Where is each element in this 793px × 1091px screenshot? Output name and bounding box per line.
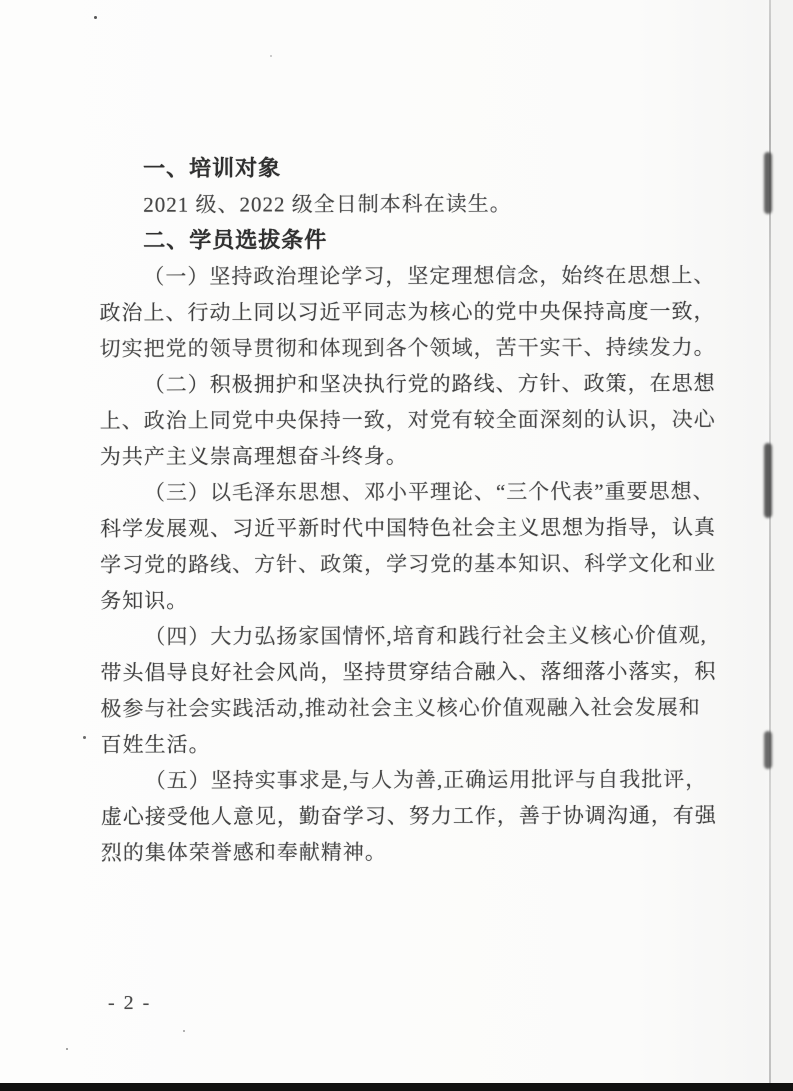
document-line: 极参与社会实践活动,推动社会主义核心价值观融入社会发展和 xyxy=(100,689,730,727)
document-line: 百姓生活。 xyxy=(101,725,731,763)
scan-speck xyxy=(83,736,86,739)
scan-smudge xyxy=(764,731,772,769)
document-line: 科学发展观、习近平新时代中国特色社会主义思想为指导，认真 xyxy=(100,509,730,547)
scan-speck xyxy=(66,1048,68,1050)
document-line: （一）坚持政治理论学习，坚定理想信念，始终在思想上、 xyxy=(99,257,729,295)
document-line: 务知识。 xyxy=(100,581,730,619)
scan-smudge xyxy=(764,152,772,214)
document-body: 一、培训对象 2021 级、2022 级全日制本科在读生。 二、学员选拔条件 （… xyxy=(99,149,731,871)
scan-speck xyxy=(183,1030,185,1032)
document-line: （二）积极拥护和坚决执行党的路线、方针、政策，在思想 xyxy=(100,365,730,403)
document-line: 切实把党的领导贯彻和体现到各个领域，苦干实干、持续发力。 xyxy=(100,329,730,367)
scan-speck xyxy=(94,16,97,19)
section-heading-2: 二、学员选拔条件 xyxy=(99,221,729,259)
scan-bottom-edge xyxy=(0,1083,793,1091)
document-line: 政治上、行动上同以习近平同志为核心的党中央保持高度一致， xyxy=(99,293,729,331)
document-line: 烈的集体荣誉感和奉献精神。 xyxy=(101,833,731,871)
document-line: 虚心接受他人意见，勤奋学习、努力工作，善于协调沟通，有强 xyxy=(101,797,731,835)
scan-right-gutter xyxy=(771,0,793,1083)
document-line: 2021 级、2022 级全日制本科在读生。 xyxy=(99,185,729,223)
document-line: 上、政治上同党中央保持一致，对党有较全面深刻的认识，决心 xyxy=(100,401,730,439)
section-heading-1: 一、培训对象 xyxy=(99,149,729,187)
page-number: - 2 - xyxy=(108,992,151,1015)
scan-smudge xyxy=(764,443,772,518)
document-line: （四）大力弘扬家国情怀,培育和践行社会主义核心价值观, xyxy=(100,617,730,655)
document-line: （五）坚持实事求是,与人为善,正确运用批评与自我批评， xyxy=(101,761,731,799)
document-line: 带头倡导良好社会风尚，坚持贯穿结合融入、落细落小落实，积 xyxy=(100,653,730,691)
document-line: （三）以毛泽东思想、邓小平理论、“三个代表”重要思想、 xyxy=(100,473,730,511)
scan-speck xyxy=(270,55,272,57)
document-line: 学习党的路线、方针、政策，学习党的基本知识、科学文化和业 xyxy=(100,545,730,583)
document-line: 为共产主义崇高理想奋斗终身。 xyxy=(100,437,730,475)
scanned-document-page: 一、培训对象 2021 级、2022 级全日制本科在读生。 二、学员选拔条件 （… xyxy=(0,0,793,1091)
